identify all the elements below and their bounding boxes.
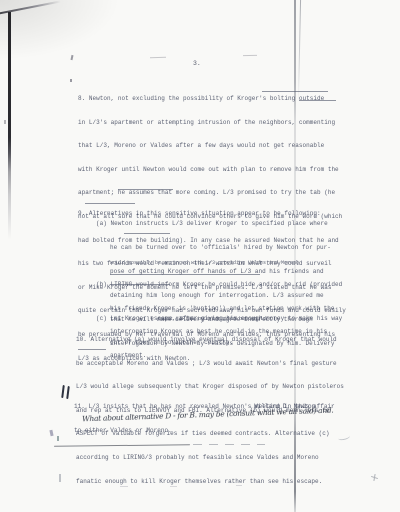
smudge-mark	[236, 485, 242, 486]
typed-line: with Kroger until Newton would come out …	[78, 165, 346, 175]
typed-line: in L/3's apartment or attempting intrusi…	[78, 118, 346, 128]
smudge-mark	[120, 486, 128, 487]
typed-line: to either Valdes or Moreno.	[74, 426, 335, 436]
ink-tick	[70, 55, 73, 60]
typed-underline	[85, 203, 135, 204]
typed-underline	[299, 100, 336, 101]
pen-stroke	[61, 385, 64, 398]
ink-scribble	[59, 474, 61, 482]
typed-line: according to LIRING/3 probably not feasi…	[76, 453, 344, 463]
left-border-line	[8, 12, 11, 240]
ink-scribble	[57, 436, 59, 441]
ink-dot	[4, 120, 6, 124]
horizontal-pen-line-faint	[193, 444, 265, 445]
scanned-document-page: 3. 8. Newton, not excluding the possibil…	[0, 0, 400, 512]
typed-line: (b) LIRING would inform Kroger he could …	[96, 280, 342, 290]
smudge-mark	[170, 486, 177, 487]
typed-underline	[110, 284, 170, 285]
typed-underline	[124, 233, 170, 234]
typed-underline	[78, 349, 106, 350]
typed-line: 8. Newton, not excluding the possibility…	[78, 94, 346, 104]
smudge-mark	[243, 55, 257, 56]
typed-underline	[262, 91, 328, 92]
typed-line: that L/3, Moreno or Valdes after a few d…	[78, 141, 346, 151]
ink-scribble	[49, 430, 53, 436]
typed-line: fanatic enough to kill Kroger themselves…	[76, 477, 344, 487]
typed-underline	[118, 189, 173, 190]
ink-squiggle	[338, 433, 351, 441]
smudge-mark	[150, 57, 166, 59]
typed-line: (a) Newton instructs L/3 deliver Kroger …	[96, 219, 334, 229]
typed-line: 10. Alternative (a) would involve eventu…	[76, 335, 344, 345]
typed-line: he can be turned over to 'officials' hir…	[110, 243, 334, 253]
ink-dot	[70, 79, 72, 82]
typed-underline	[110, 274, 260, 275]
page-number: 3.	[193, 60, 201, 67]
typed-line: be acceptable Moreno and Valdes ; L/3 wo…	[76, 359, 344, 369]
pen-stroke	[66, 386, 69, 399]
